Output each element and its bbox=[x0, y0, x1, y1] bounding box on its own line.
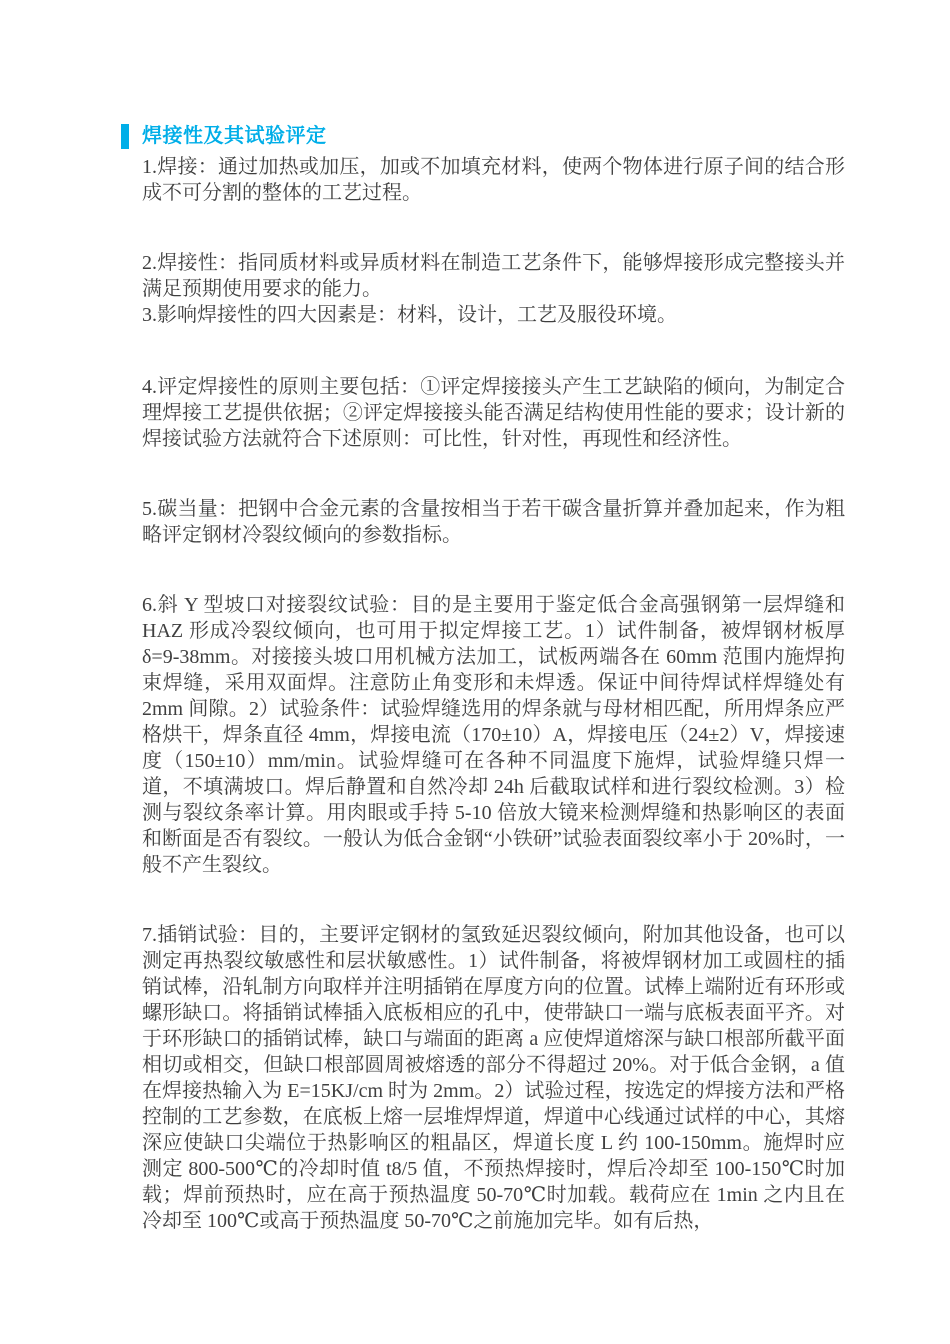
document-page: 焊接性及其试验评定 1.焊接：通过加热或加压，加或不加填充材料，使两个物体进行原… bbox=[0, 0, 950, 1344]
paragraph-four-factors: 3.影响焊接性的四大因素是：材料，设计，工艺及服役环境。 bbox=[142, 302, 845, 328]
paragraph-implant-test: 7.插销试验：目的，主要评定钢材的氢致延迟裂纹倾向，附加其他设备，也可以测定再热… bbox=[142, 922, 845, 1234]
heading-accent-bar bbox=[121, 124, 129, 149]
paragraph-carbon-equivalent: 5.碳当量：把钢中合金元素的含量按相当于若干碳含量折算并叠加起来，作为粗略评定钢… bbox=[142, 496, 845, 548]
paragraph-weldability-definition: 2.焊接性：指同质材料或异质材料在制造工艺条件下，能够焊接形成完整接头并满足预期… bbox=[142, 250, 845, 302]
section-heading: 焊接性及其试验评定 bbox=[142, 123, 845, 149]
paragraph-welding-definition: 1.焊接：通过加热或加压，加或不加填充材料，使两个物体进行原子间的结合形成不可分… bbox=[142, 154, 845, 206]
page-title: 焊接性及其试验评定 bbox=[142, 123, 845, 149]
paragraph-evaluation-principles: 4.评定焊接性的原则主要包括：①评定焊接接头产生工艺缺陷的倾向，为制定合理焊接工… bbox=[142, 374, 845, 452]
paragraph-y-groove-crack-test: 6.斜 Y 型坡口对接裂纹试验：目的是主要用于鉴定低合金高强钢第一层焊缝和 HA… bbox=[142, 592, 845, 878]
